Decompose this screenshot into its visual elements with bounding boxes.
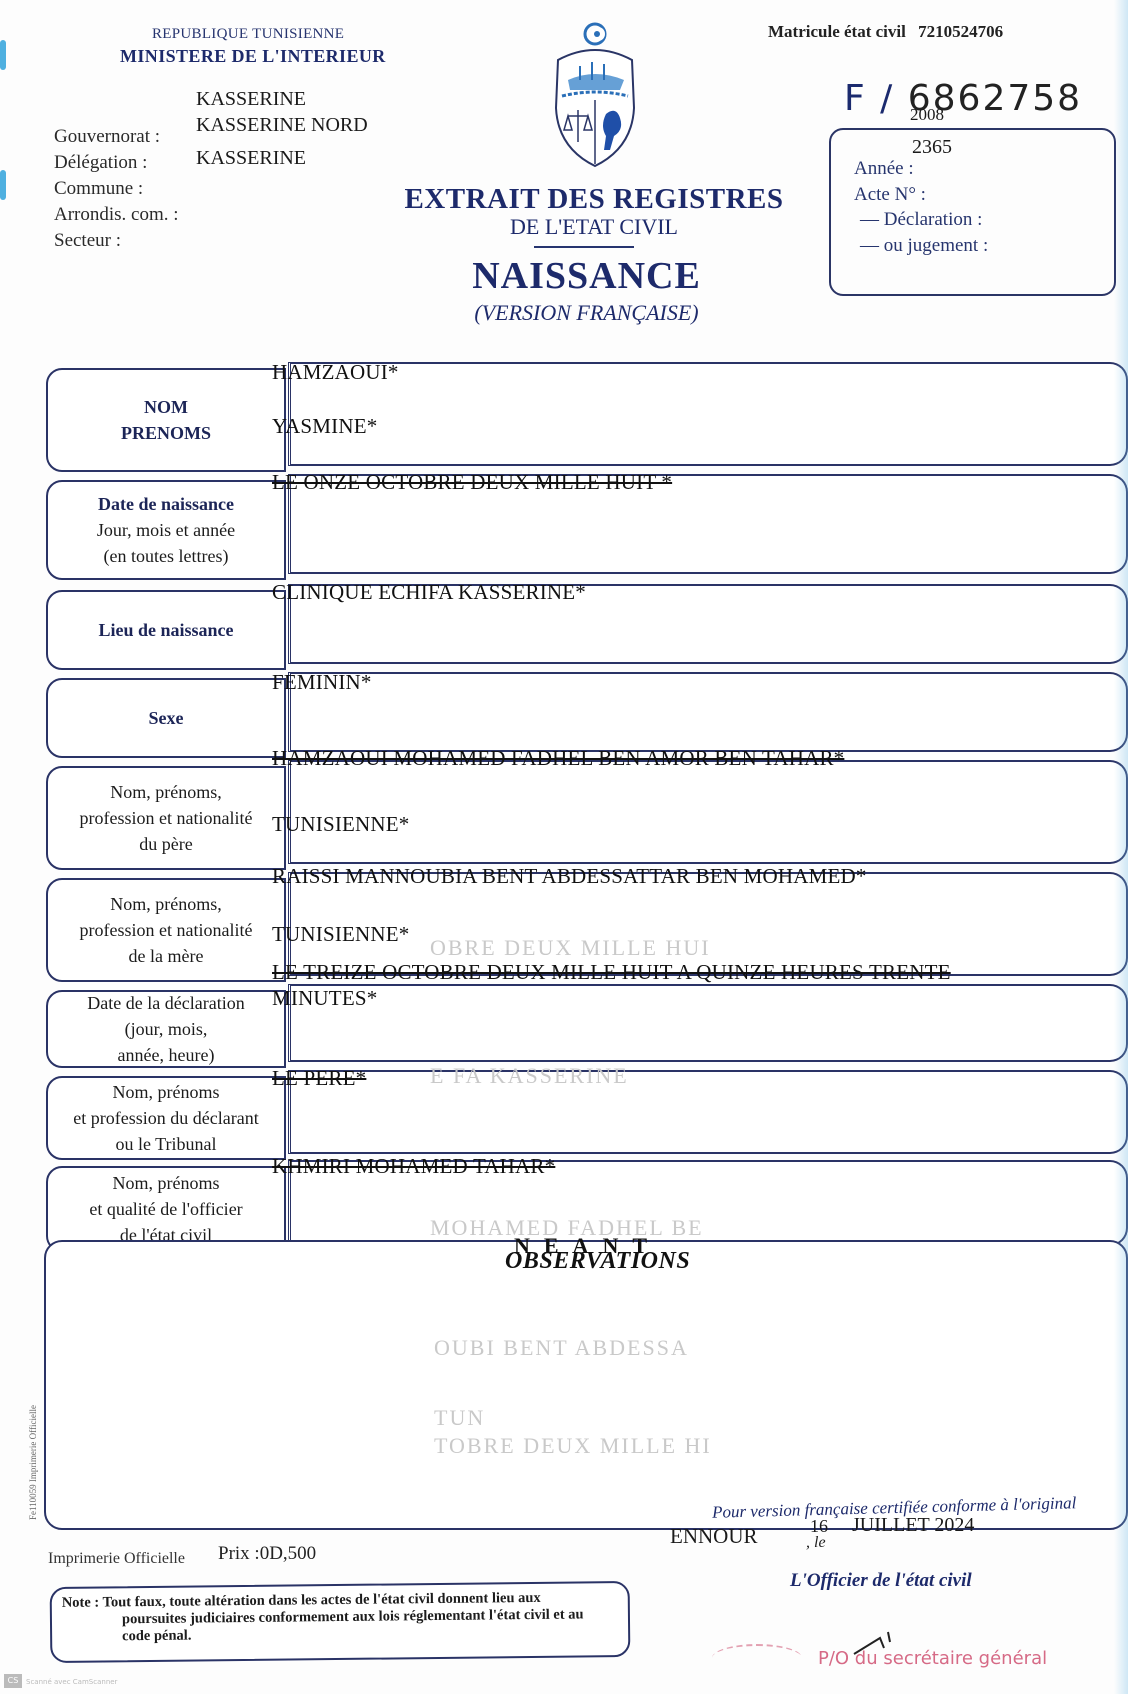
field-label-text: Date de la déclaration (87, 990, 244, 1016)
acte-year-value: 2008 (910, 102, 944, 128)
field-value: HAMZAOUI MOHAMED FADHEL BEN AMOR BEN TAH… (272, 746, 844, 770)
field-label-text: profession et nationalité (80, 917, 253, 943)
tunisia-coat-of-arms-icon (540, 18, 650, 168)
field-label-text: de la mère (80, 943, 253, 969)
field-label-cell: Nom, prénoms,profession et nationalitéde… (46, 878, 286, 982)
field-value: HAMZAOUI* (272, 360, 399, 384)
field-value: TUNISIENNE* (272, 812, 410, 836)
field-label-text: année, heure) (87, 1042, 244, 1068)
declaration-label: — Déclaration : (860, 206, 982, 233)
field-label-text: profession et nationalité (80, 805, 253, 831)
annee-label: Année : (854, 155, 914, 182)
place-value: ENNOUR (670, 1524, 758, 1549)
matricule-label: Matricule état civil (768, 22, 906, 41)
delegation-label: Délégation : (54, 150, 147, 176)
field-label-cell: Sexe (46, 678, 286, 758)
bleed-through-text: OUBI BENT ABDESSA (434, 1335, 689, 1361)
field-label-text: (jour, mois, (87, 1016, 244, 1042)
bleed-through-text: E FA KASSERINE (430, 1063, 629, 1089)
stamp-icon (712, 1644, 802, 1672)
field-label-bold: Lieu de naissance (98, 620, 233, 640)
field-label-text: et qualité de l'officier (89, 1196, 242, 1222)
field-label-text: du père (80, 831, 253, 857)
field-label-text: Jour, mois et année (97, 517, 235, 543)
officer-title: L'Officier de l'état civil (790, 1570, 972, 1592)
field-label-text: ou le Tribunal (73, 1131, 258, 1157)
field-label-cell: Date de naissanceJour, mois et année(en … (46, 480, 286, 580)
observations-title: OBSERVATIONS (505, 1248, 690, 1275)
bleed-through-text: TUN (434, 1405, 485, 1431)
field-label-bold: Date de naissance (98, 494, 234, 514)
gouvernorat-value: KASSERINE (196, 86, 306, 112)
field-value: CLINIQUE ECHIFA KASSERINE* (272, 580, 586, 604)
gouvernorat-label: Gouvernorat : (54, 124, 160, 150)
field-label-text: Nom, prénoms, (80, 779, 253, 805)
birth-certificate-page: REPUBLIQUE TUNISIENNE MINISTERE DE L'INT… (0, 0, 1128, 1694)
field-value: LE ONZE OCTOBRE DEUX MILLE HUIT * (272, 470, 672, 494)
field-value: YASMINE* (272, 414, 377, 438)
commune-value: KASSERINE (196, 145, 306, 171)
signature-icon (850, 1628, 910, 1658)
field-label-bold: Sexe (149, 708, 184, 728)
ministry-label: MINISTERE DE L'INTERIEUR (120, 46, 386, 67)
price-label: Prix :0D,500 (218, 1543, 316, 1565)
printer-reference: Fe110059 Imprimerie Officielle (28, 1405, 38, 1520)
field-label-cell: Nom, prénomset profession du déclarantou… (46, 1076, 286, 1160)
field-value: KHMIRI MOHAMED TAHAR* (272, 1154, 555, 1178)
republic-label: REPUBLIQUE TUNISIENNE (152, 26, 344, 43)
acte-number-label: Acte N° : (854, 181, 926, 208)
field-value-cell (288, 760, 1128, 864)
form-prefix: F / (844, 78, 894, 119)
printer-label: Imprimerie Officielle (48, 1550, 185, 1568)
version-label: (VERSION FRANÇAISE) (0, 300, 1128, 326)
field-value: TUNISIENNE* (272, 922, 410, 946)
observations-box (44, 1240, 1128, 1530)
camscanner-logo-icon: CS (4, 1674, 22, 1688)
matricule-value: 7210524706 (918, 22, 1003, 41)
field-label-text: Nom, prénoms (73, 1079, 258, 1105)
field-value: LE TREIZE OCTOBRE DEUX MILLE HUIT A QUIN… (272, 960, 951, 984)
matricule: Matricule état civil 7210524706 (768, 22, 1003, 42)
bleed-through-text: OBRE DEUX MILLE HUI (430, 935, 711, 961)
field-value: RAISSI MANNOUBIA BENT ABDESSATTAR BEN MO… (272, 864, 867, 888)
field-value-cell (288, 1070, 1128, 1154)
field-value: FEMININ* (272, 670, 372, 694)
field-label-bold: PRENOMS (121, 423, 211, 443)
field-label-cell: Lieu de naissance (46, 590, 286, 670)
field-value-cell (288, 984, 1128, 1062)
jugement-label: — ou jugement : (860, 232, 988, 259)
bleed-through-text: TOBRE DEUX MILLE HI (434, 1433, 712, 1459)
form-number: F / 6862758 (844, 78, 1082, 119)
field-label-text: Nom, prénoms, (80, 891, 253, 917)
camscanner-text: Scanné avec CamScanner (26, 1678, 117, 1686)
field-value-cell (288, 362, 1128, 466)
field-label-text: Nom, prénoms (89, 1170, 242, 1196)
field-value: LE PERE* (272, 1066, 366, 1090)
title-divider (534, 246, 634, 248)
delegation-value: KASSERINE NORD (196, 112, 368, 138)
field-value-cell (288, 672, 1128, 752)
field-label-cell: NOMPRENOMS (46, 368, 286, 472)
date-le: , le (806, 1534, 826, 1552)
date-month-year: JUILLET 2024 (852, 1514, 974, 1537)
edge-mark (0, 40, 6, 70)
field-label-text: et profession du déclarant (73, 1105, 258, 1131)
legal-note-box: Note : Tout faux, toute altération dans … (50, 1581, 631, 1663)
field-label-text: (en toutes lettres) (97, 543, 235, 569)
field-label-cell: Nom, prénoms,profession et nationalitédu… (46, 766, 286, 870)
bleed-through-text: MOHAMED FADHEL BE (430, 1215, 704, 1241)
field-value: MINUTES* (272, 986, 377, 1010)
field-label-cell: Date de la déclaration(jour, mois,année,… (46, 990, 286, 1068)
field-label-bold: NOM (144, 397, 188, 417)
